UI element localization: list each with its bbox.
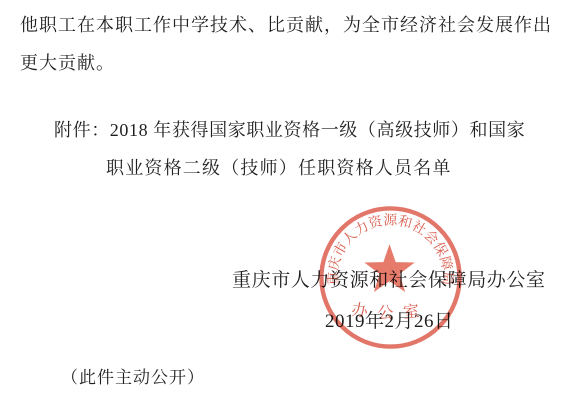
disclosure-note: （此件主动公开）	[61, 368, 205, 388]
seal-bottom-text: 办公室	[350, 301, 430, 322]
svg-text:办公室: 办公室	[350, 301, 430, 322]
attachment-line-2: 职业资格二级（技师）任职资格人员名单	[106, 158, 452, 180]
official-seal-icon: 重庆市人力资源和社会保障局 办公室	[317, 204, 464, 351]
attachment-line-1: 附件：2018 年获得国家职业资格一级（高级技师）和国家	[54, 120, 525, 142]
document-page: 他职工在本职工作中学技术、比贡献，为全市经济社会发展作出 更大贡献。 附件：20…	[0, 0, 563, 417]
body-text-line-2: 更大贡献。	[20, 53, 115, 75]
body-text-line-1: 他职工在本职工作中学技术、比贡献，为全市经济社会发展作出	[20, 15, 552, 37]
seal-star-icon	[364, 244, 414, 292]
